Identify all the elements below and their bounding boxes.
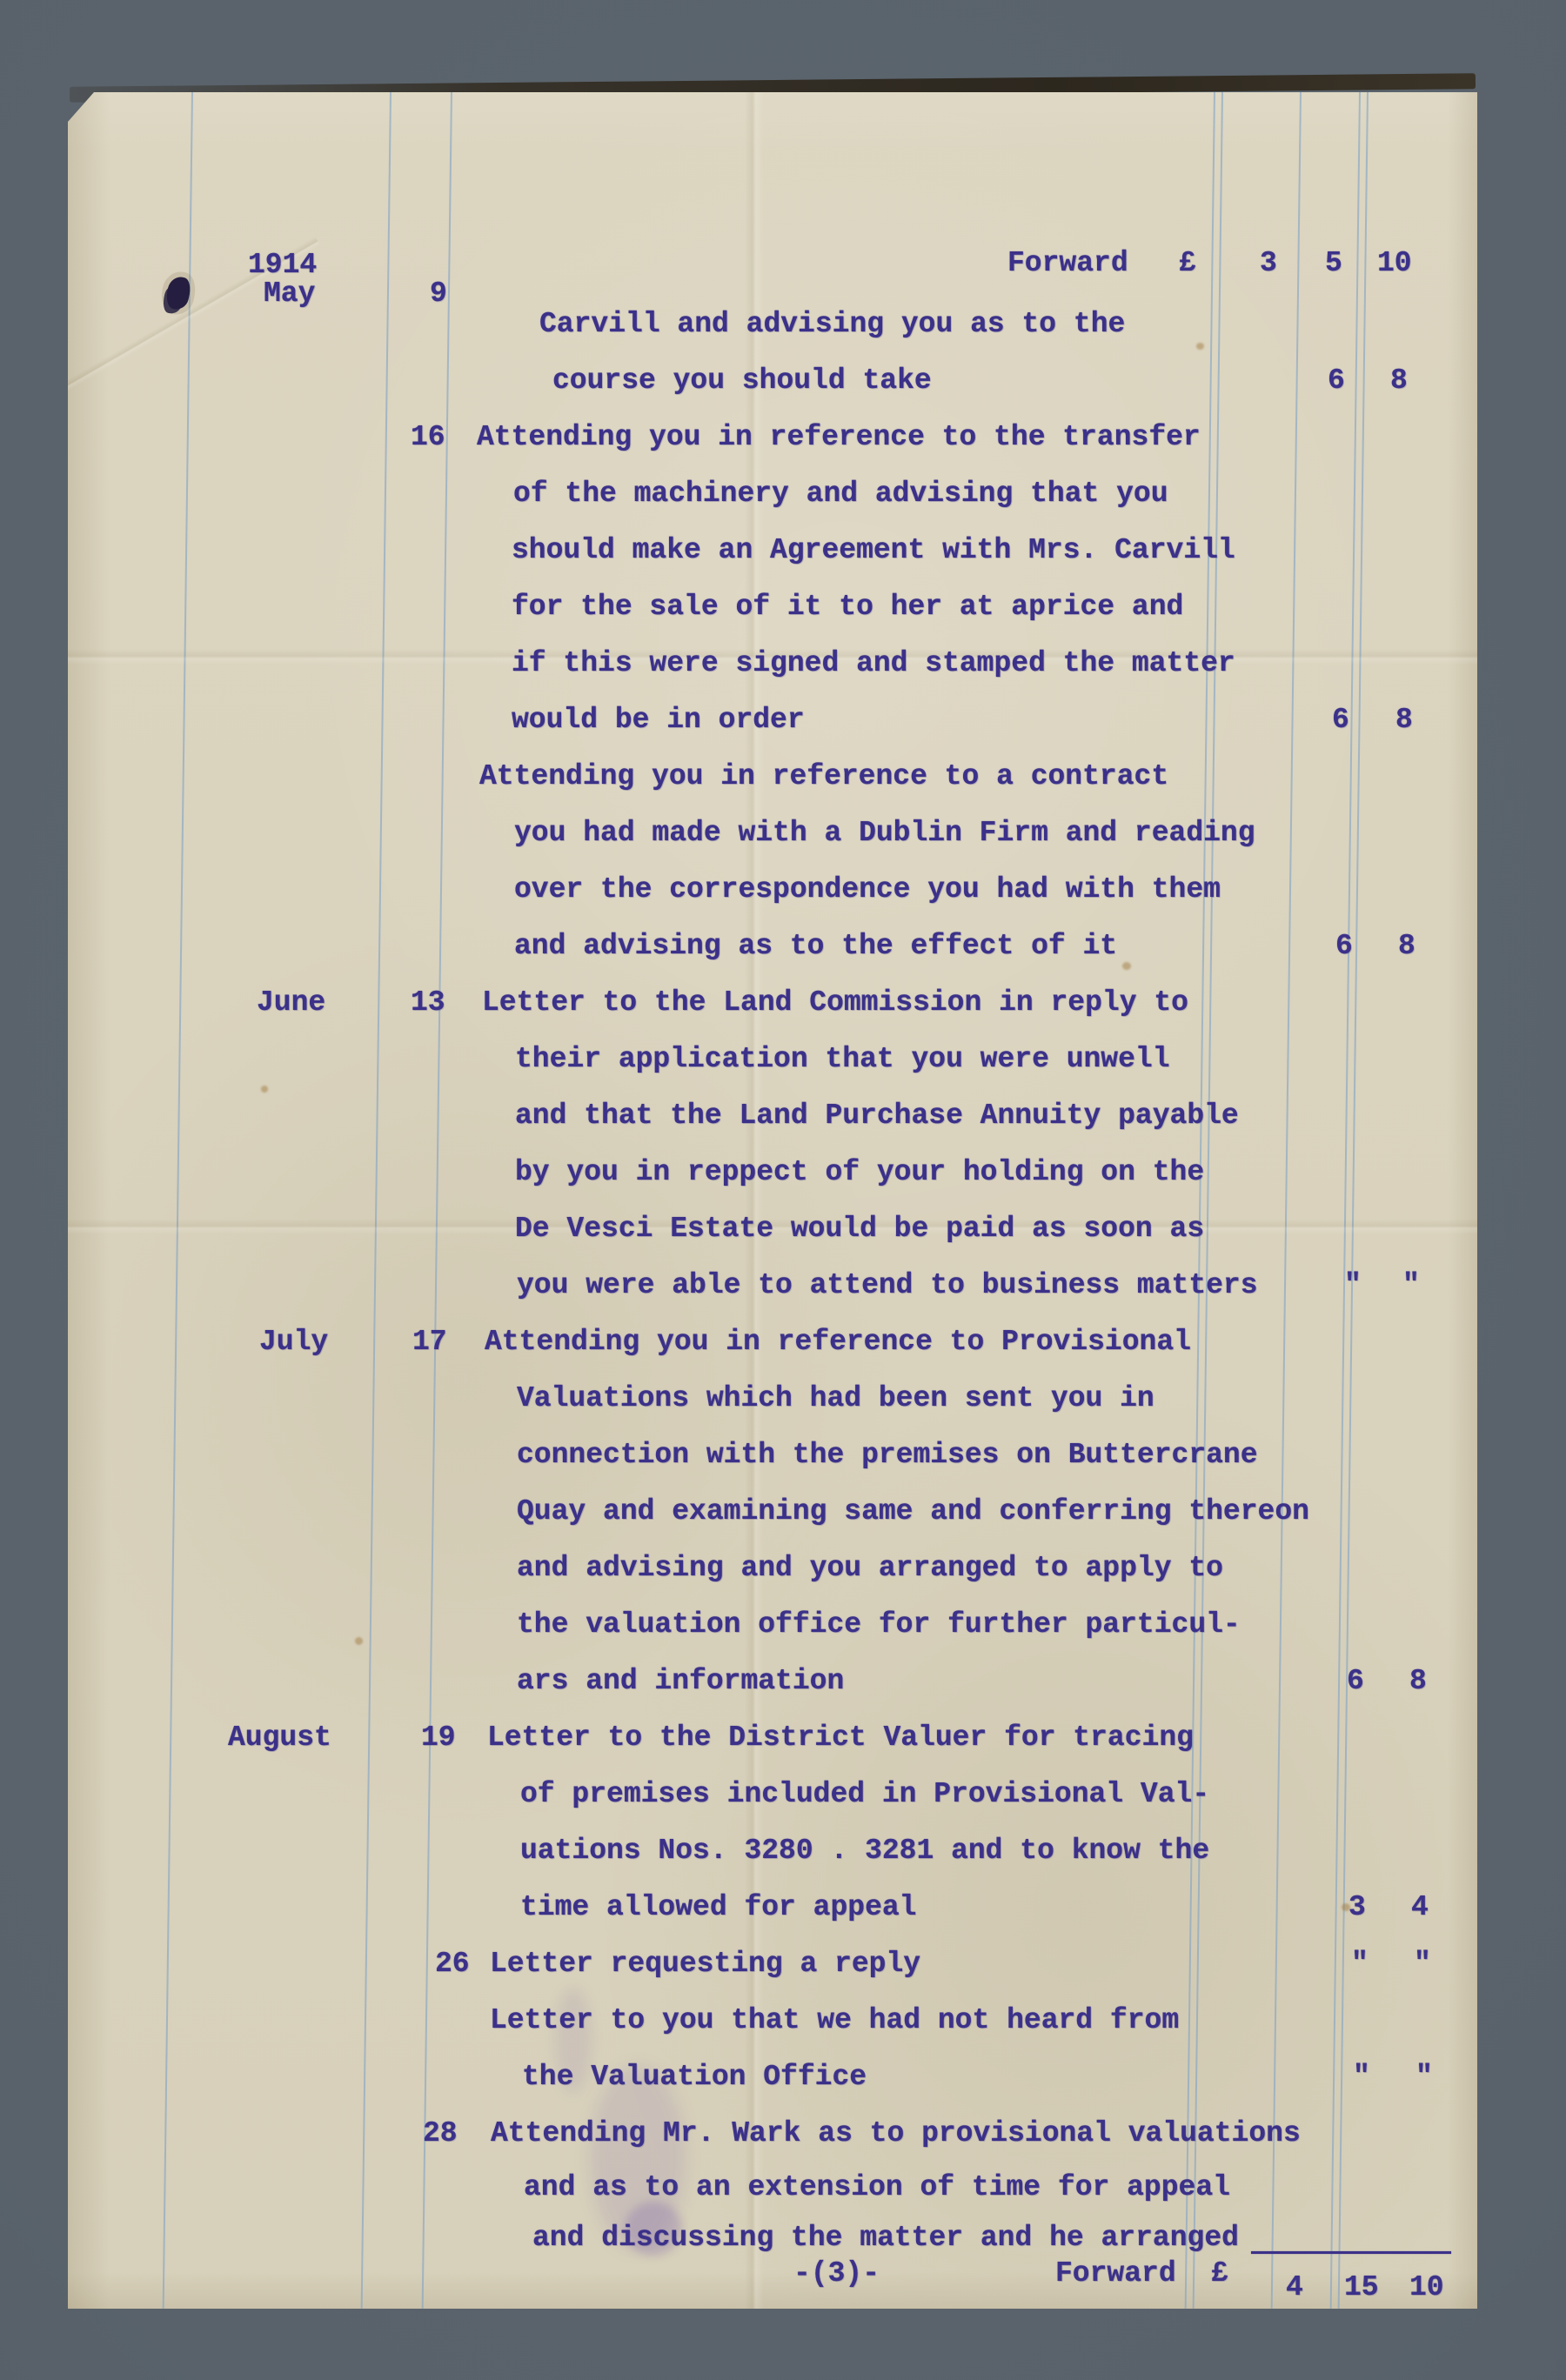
day-number: 13	[411, 986, 445, 1020]
amount-shillings: 6	[1347, 1664, 1364, 1699]
foxing-speck	[1122, 962, 1131, 970]
entry-text: Attending you in reference to a contract	[479, 759, 1168, 794]
entry-text: you were able to attend to business matt…	[517, 1268, 1258, 1303]
entry-text: their application that you were unwell	[515, 1042, 1170, 1077]
entry-text: ars and information	[517, 1664, 844, 1699]
entry-text: by you in reppect of your holding on the	[515, 1155, 1204, 1190]
entry-text: uations Nos. 3280 . 3281 and to know the	[520, 1834, 1209, 1869]
amount-shillings: 5	[1325, 246, 1342, 281]
foxing-speck	[1196, 343, 1204, 350]
entry-text: Valuations which had been sent you in	[517, 1381, 1154, 1416]
day-number: 28	[423, 2116, 458, 2151]
entry-text: and discussing the matter and he arrange…	[532, 2221, 1239, 2256]
day-number: 17	[412, 1325, 447, 1360]
foxing-speck	[261, 1086, 268, 1093]
entry-text: and as to an extension of time for appea…	[524, 2170, 1230, 2205]
entry-text: connection with the premises on Buttercr…	[517, 1438, 1258, 1473]
entry-text: if this were signed and stamped the matt…	[512, 646, 1235, 681]
forward-label: Forward	[1007, 246, 1128, 281]
entry-text: De Vesci Estate would be paid as soon as	[515, 1212, 1204, 1247]
amount-shillings: 6	[1335, 929, 1353, 964]
shillings-column-rule	[1271, 92, 1302, 2309]
entry-text: Letter requesting a reply	[490, 1947, 920, 1982]
amount-shillings: 3	[1348, 1890, 1366, 1925]
amount-shillings: 6	[1332, 703, 1349, 738]
entry-text: Letter to the District Valuer for tracin…	[487, 1721, 1194, 1755]
amount-pence: "	[1415, 2060, 1433, 2095]
amount-pence: "	[1414, 1947, 1431, 1982]
amount-pounds: 4	[1286, 2270, 1303, 2305]
total-underline	[1251, 2251, 1451, 2254]
entry-text: Carvill and advising you as to the	[539, 307, 1125, 342]
month-label: August	[228, 1721, 331, 1755]
entry-text: and that the Land Purchase Annuity payab…	[515, 1099, 1239, 1133]
amount-pence: 10	[1409, 2270, 1444, 2305]
entry-text: Letter to the Land Commission in reply t…	[482, 986, 1188, 1020]
day-number: 26	[435, 1947, 470, 1982]
page-number: -(3)-	[793, 2256, 880, 2291]
day-column-rule-left	[361, 92, 391, 2309]
month-label: June	[257, 986, 325, 1020]
amount-pence: 8	[1395, 703, 1413, 738]
entry-text: should make an Agreement with Mrs. Carvi…	[512, 533, 1235, 568]
amount-shillings: 6	[1328, 364, 1345, 398]
entry-text: Attending Mr. Wark as to provisional val…	[491, 2116, 1301, 2151]
month-label: July	[259, 1325, 328, 1360]
ledger-page: Forward £ 3 5 10 1914 May 9 June 13 July…	[68, 92, 1477, 2309]
amount-shillings: 15	[1344, 2270, 1379, 2305]
entry-text: of premises included in Provisional Val-	[520, 1777, 1209, 1812]
amount-pence: 10	[1377, 246, 1412, 281]
entry-text: over the correspondence you had with the…	[514, 872, 1221, 907]
entry-text: the Valuation Office	[522, 2060, 867, 2095]
entry-text: time allowed for appeal	[520, 1890, 916, 1925]
amount-pence: 8	[1390, 364, 1408, 398]
day-number: 9	[430, 277, 447, 311]
amount-pence: 4	[1411, 1890, 1429, 1925]
entry-text: Attending you in reference to Provisiona…	[485, 1325, 1191, 1360]
amount-pence: 8	[1409, 1664, 1427, 1699]
date-column-rule	[163, 92, 193, 2309]
day-number: 16	[411, 420, 445, 455]
amount-shillings: "	[1344, 1268, 1362, 1303]
entry-text: of the machinery and advising that you	[513, 477, 1168, 511]
day-number: 19	[421, 1721, 456, 1755]
entry-text: Quay and examining same and conferring t…	[517, 1494, 1309, 1529]
foxing-speck	[355, 1637, 363, 1645]
entry-text: Letter to you that we had not heard from	[490, 2003, 1179, 2038]
currency-symbol: £	[1211, 2256, 1228, 2291]
entry-text: and advising as to the effect of it	[514, 929, 1117, 964]
amount-pence: "	[1402, 1268, 1420, 1303]
entry-text: for the sale of it to her at aprice and	[512, 590, 1183, 625]
month-label: May	[264, 277, 315, 311]
entry-text: the valuation office for further particu…	[517, 1608, 1241, 1642]
entry-text: you had made with a Dublin Firm and read…	[514, 816, 1255, 851]
entry-text: course you should take	[552, 364, 932, 398]
entry-text: and advising and you arranged to apply t…	[517, 1551, 1223, 1586]
entry-text: Attending you in reference to the transf…	[477, 420, 1201, 455]
forward-label: Forward	[1055, 2256, 1176, 2291]
amount-pounds: 3	[1260, 246, 1277, 281]
currency-symbol: £	[1179, 246, 1196, 281]
amount-pence: 8	[1398, 929, 1415, 964]
amount-shillings: "	[1351, 1947, 1369, 1982]
entry-text: would be in order	[512, 703, 805, 738]
amount-shillings: "	[1353, 2060, 1370, 2095]
